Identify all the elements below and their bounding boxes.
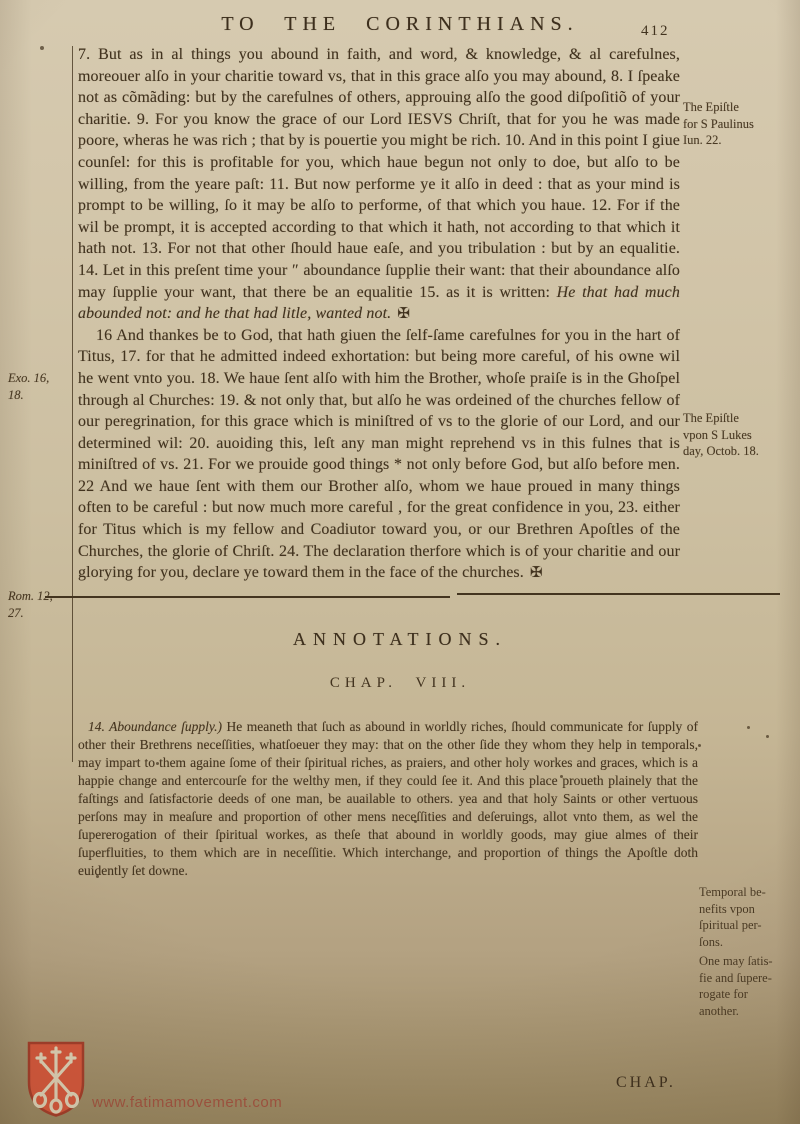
margin-ref-romans: Rom. 12, 27. [8,588,70,621]
page-header: TO THE CORINTHIANS. 412 [0,0,800,44]
paper-speck [560,775,563,778]
scripture-verses-7-15-text: 7. But as in al things you abound in fai… [78,46,680,301]
crossed-keys-shield-icon [26,1040,86,1118]
margin-note-temporal-benefits: Temporal be- nefits vpon ſpiritual per- … [699,884,797,950]
annotation-margin-notes: Temporal be- nefits vpon ſpiritual per- … [699,884,797,1022]
watermark-logo [26,1040,86,1123]
margin-note-epistle-lukes-day: The Epiſtle vpon S Lukes day, Octob. 18. [683,410,795,460]
scripture-paragraph-verses-16-24: 16 And thankes be to God, that hath giue… [78,325,680,584]
margin-note-epistle-paulinus: The Epiſtle for S Paulinus Iun. 22. [683,99,795,149]
divider-right-segment [457,593,780,595]
annotations-heading: ANNOTATIONS. [0,629,800,650]
catchword-chap: CHAP. [616,1074,676,1092]
watermark-url: www.fatimamovement.com [92,1094,282,1111]
paper-speck [96,875,99,878]
margin-ref-exodus: Exo. 16, 18. [8,370,70,403]
paper-speck [414,820,417,823]
scanned-book-page: TO THE CORINTHIANS. 412 7. But as in al … [0,0,800,1124]
page-number: 412 [641,23,670,40]
printers-cross-icon: ✠ [391,304,410,322]
column-rule [72,46,73,762]
chapter-heading: CHAP. VIII. [0,675,800,692]
printers-cross-icon: ✠ [524,563,543,581]
section-divider-rule [0,589,800,601]
scripture-text-block: 7. But as in al things you abound in fai… [78,44,680,584]
annotation-lemma-italic: 14. Aboundance ſupply.) [88,719,227,734]
paper-speck [156,762,159,765]
scripture-verses-16-24-text: 16 And thankes be to God, that hath giue… [78,327,680,582]
annotation-paragraph: 14. Aboundance ſupply.) He meaneth that … [78,718,698,880]
paper-speck [698,744,701,747]
page-title: TO THE CORINTHIANS. [0,0,800,36]
paper-speck [747,726,750,729]
margin-note-supererogate: One may ſatis- fie and ſupere- rogate fo… [699,953,797,1019]
annotation-body-text: He meaneth that ſuch as abound in worldl… [78,719,698,878]
divider-left-segment [45,596,450,598]
scripture-paragraph-verses-7-15: 7. But as in al things you abound in fai… [78,44,680,325]
paper-speck [40,46,44,50]
paper-speck [766,735,769,738]
